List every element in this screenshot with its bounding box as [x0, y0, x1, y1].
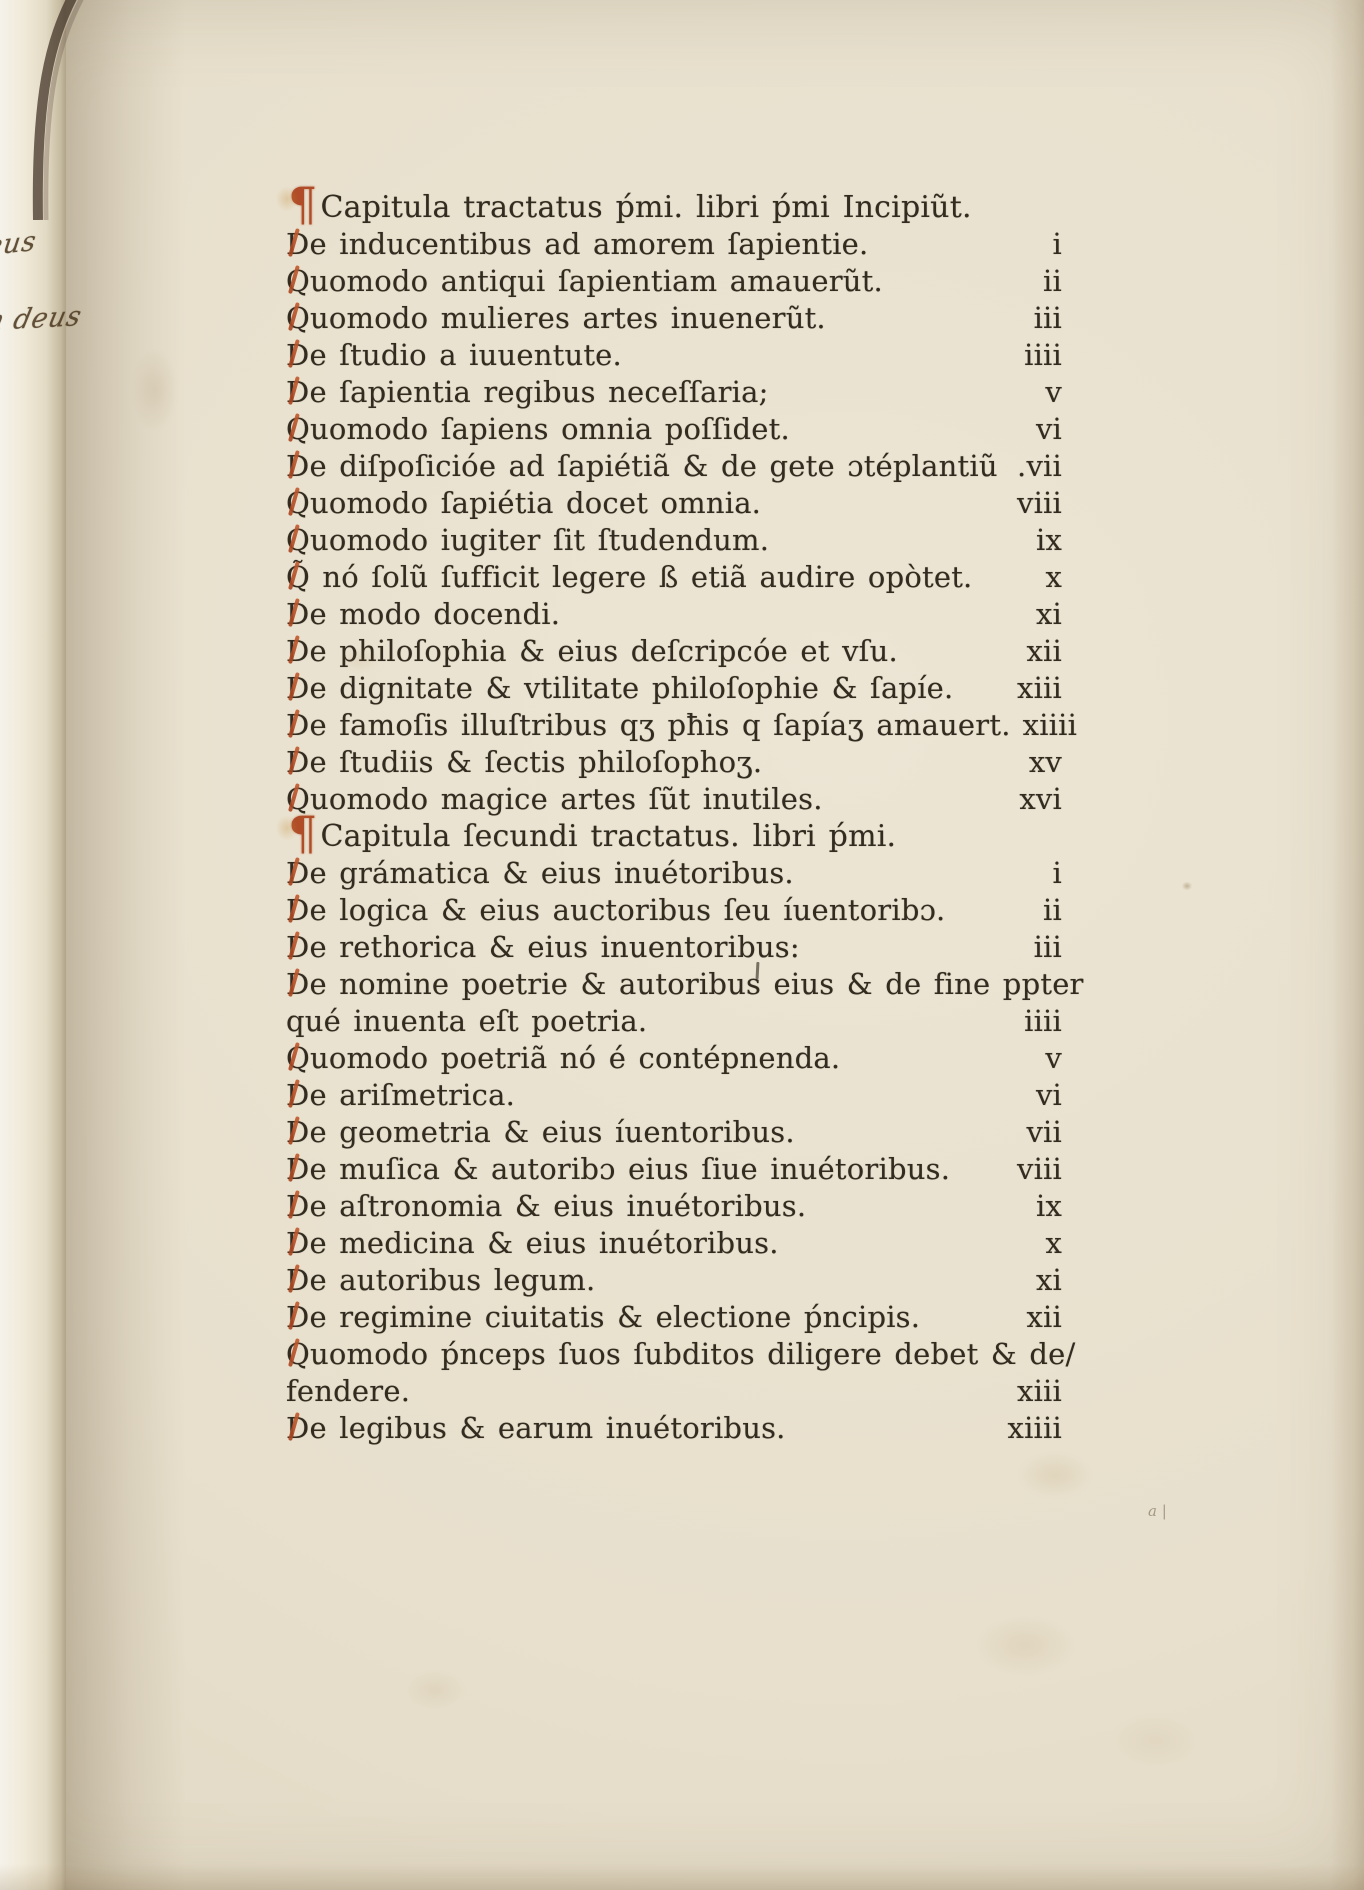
toc-entry-number: xi [1024, 597, 1062, 631]
rubricated-initial: Q [286, 1041, 310, 1075]
toc-entry-number: x [1033, 560, 1062, 594]
rubricated-initial: D [286, 967, 309, 1001]
toc-row: De logica & eius auctoribus ſeu íuentori… [286, 893, 1062, 930]
toc-row: De geometria & eius íuentoribus. vii [286, 1115, 1062, 1152]
toc-entry-number: v [1033, 1041, 1062, 1075]
toc-entry-text: De aſtronomia & eius inuétoribus. [286, 1189, 806, 1223]
toc-row: De medicina & eius inuétoribus. x [286, 1226, 1062, 1263]
rubricated-initial: Q [286, 264, 310, 298]
toc-entry-number: iii [1022, 301, 1062, 335]
rubricated-initial: D [286, 1189, 309, 1223]
toc-row: De famoſis illuſtribus qʒ pħis q ſapíaʒ … [286, 708, 1062, 745]
toc-entry-text: Quomodo ṕnceps ſuos ſubditos diligere de… [286, 1337, 1075, 1371]
rubricated-initial: D [286, 597, 309, 631]
toc-row: Quomodo ſapiens omnia poſſidet. vi [286, 412, 1062, 449]
toc-entry-text: Quomodo antiqui ſapientiam amauerũt. [286, 264, 883, 298]
signature-mark: a | [1148, 1502, 1168, 1516]
toc-entry-number: xii [1014, 1300, 1062, 1334]
toc-entry-number: ii [1031, 893, 1062, 927]
toc-entry-number: vi [1024, 412, 1062, 446]
handwritten-marginalia: deus in deus [0, 220, 107, 341]
toc-entry-text: De grámatica & eius inuétoribus. [286, 856, 794, 890]
toc-row: De rethorica & eius inuentoribus: iii [286, 930, 1062, 967]
rubricated-initial: D [286, 375, 309, 409]
toc-row: Quomodo ṕnceps ſuos ſubditos diligere de… [286, 1337, 1062, 1374]
toc-entry-text: Quomodo mulieres artes inuenerũt. [286, 301, 826, 335]
rubricated-initial: D [286, 338, 309, 372]
rubricated-initial: D [286, 1152, 309, 1186]
toc-entry-number: viii [1005, 486, 1062, 520]
marginalia-line: in deus [0, 300, 97, 338]
binding-arc [0, 0, 140, 220]
toc-row: De ſtudio a iuuentute. iiii [286, 338, 1062, 375]
toc-entry-text: De muſica & autoribɔ eius ſiue inuétorib… [286, 1152, 950, 1186]
toc-section-heading: ¶ Capitula ſecundi tractatus. libri ṕmi. [286, 819, 1062, 856]
toc-row: fendere. xiii [286, 1374, 1062, 1411]
toc-row: De philoſophia & eius deſcripcóe et vſu.… [286, 634, 1062, 671]
toc-entry-number: xiii [1005, 671, 1062, 705]
toc-row: De aſtronomia & eius inuétoribus. ix [286, 1189, 1062, 1226]
toc-entry-number: ii [1031, 264, 1062, 298]
rubricated-initial: D [286, 930, 309, 964]
toc-row: De muſica & autoribɔ eius ſiue inuétorib… [286, 1152, 1062, 1189]
toc-entry-text: De modo docendi. [286, 597, 560, 631]
toc-heading-text: Capitula ſecundi tractatus. libri ṕmi. [320, 819, 896, 854]
toc-entry-number: xiiii [996, 1411, 1062, 1445]
toc-entry-text: fendere. [286, 1374, 410, 1408]
toc-row: De ariſmetrica. vi [286, 1078, 1062, 1115]
toc-entry-text: De diſpoſicióe ad ſapiétiã & de gete ɔté… [286, 449, 998, 483]
toc-row: Quomodo ſapiétia docet omnia. viii [286, 486, 1062, 523]
toc-entry-text: Q̃ nó ſolũ ſufficit legere ß etiã audire… [286, 560, 972, 594]
toc-entry-number: x [1033, 1226, 1062, 1260]
toc-entry-number: ix [1024, 523, 1062, 557]
toc-entry-number: ix [1024, 1189, 1062, 1223]
rubricated-initial: D [286, 745, 309, 779]
toc-row: De nomine poetrie & autoribus eius & de … [286, 967, 1062, 1004]
paper-stain [390, 1660, 480, 1720]
page-edge-bottom [0, 1864, 1364, 1890]
rubricated-initial: D [286, 1300, 309, 1334]
toc-entry-text: De legibus & earum inuétoribus. [286, 1411, 786, 1445]
toc-row: De modo docendi. xi [286, 597, 1062, 634]
toc-entry-text: De ſtudiis & ſectis philoſophoʒ. [286, 745, 762, 779]
rubricated-initial: D [286, 1263, 309, 1297]
toc-entry-number: xvi [1007, 782, 1062, 816]
rubricated-initial: Q [286, 412, 310, 446]
paper-stain [1090, 1700, 1220, 1780]
text-block: ¶ Capitula tractatus ṕmi. libri ṕmi Inci… [286, 190, 1062, 1448]
rubricated-initial: D [286, 634, 309, 668]
toc-entry-text: qué inuenta eſt poetria. [286, 1004, 647, 1038]
toc-entry-text: De regimine ciuitatis & electione ṕncipi… [286, 1300, 920, 1334]
rubricated-initial: Q̃ [286, 560, 310, 594]
rubricated-initial: Q [286, 486, 310, 520]
toc-entry-number: xi [1024, 1263, 1062, 1297]
toc-entry-number: i [1041, 856, 1062, 890]
toc-row: Quomodo mulieres artes inuenerũt. iii [286, 301, 1062, 338]
toc-entry-text: De medicina & eius inuétoribus. [286, 1226, 779, 1260]
toc-entry-text: De nomine poetrie & autoribus eius & de … [286, 967, 1084, 1001]
toc-entry-number: xii [1014, 634, 1062, 668]
page-edge-right [1330, 0, 1364, 1890]
toc-entry-text: De rethorica & eius inuentoribus: [286, 930, 800, 964]
toc-row: De ſapientia regibus neceſſaria; v [286, 375, 1062, 412]
toc-entry-number: xiii [1005, 1374, 1062, 1408]
toc-row: De grámatica & eius inuétoribus. i [286, 856, 1062, 893]
toc-entry-number: xv [1017, 745, 1062, 779]
toc-entry-number: .vii [1005, 449, 1062, 483]
toc-entry-text: De ſapientia regibus neceſſaria; [286, 375, 769, 409]
rubricated-initial: D [286, 708, 309, 742]
toc-entry-text: De dignitate & vtilitate philoſophie & ſ… [286, 671, 953, 705]
toc-heading-text: Capitula tractatus ṕmi. libri ṕmi Incipi… [320, 190, 971, 225]
toc-entry-text: De logica & eius auctoribus ſeu íuentori… [286, 893, 945, 927]
toc-entry-text: Quomodo magice artes ſũt inutiles. [286, 782, 823, 816]
toc-entry-text: De inducentibus ad amorem ſapientie. [286, 227, 868, 261]
toc-entry-text: De ſtudio a iuuentute. [286, 338, 622, 372]
toc-entry-text: De autoribus legum. [286, 1263, 595, 1297]
toc-entry-text: Quomodo poetriã nó é contépnenda. [286, 1041, 840, 1075]
toc-entry-number: iii [1022, 930, 1062, 964]
toc-entry-text: De ariſmetrica. [286, 1078, 515, 1112]
book-page: deus in deus ¶ Capitula tractatus ṕmi. l… [0, 0, 1364, 1890]
toc-row: De diſpoſicióe ad ſapiétiã & de gete ɔté… [286, 449, 1062, 486]
rubricated-initial: D [286, 449, 309, 483]
toc-row: Quomodo magice artes ſũt inutiles. xvi [286, 782, 1062, 819]
toc-row: De legibus & earum inuétoribus. xiiii [286, 1411, 1062, 1448]
toc-row: Quomodo iugiter ſit ſtudendum. ix [286, 523, 1062, 560]
toc-entry-number: xiiii [1011, 708, 1077, 742]
toc-row: Quomodo poetriã nó é contépnenda. v [286, 1041, 1062, 1078]
toc-row: De regimine ciuitatis & electione ṕncipi… [286, 1300, 1062, 1337]
toc-entry-number: viii [1005, 1152, 1062, 1186]
rubricated-initial: Q [286, 301, 310, 335]
toc-entry-text: De famoſis illuſtribus qʒ pħis q ſapíaʒ … [286, 708, 1011, 742]
toc-entry-number: vii [1014, 1115, 1062, 1149]
toc-row: De ſtudiis & ſectis philoſophoʒ. xv [286, 745, 1062, 782]
toc-entry-text: Quomodo ſapiétia docet omnia. [286, 486, 761, 520]
toc-row: De dignitate & vtilitate philoſophie & ſ… [286, 671, 1062, 708]
rubricated-initial: D [286, 1115, 309, 1149]
toc-row: Q̃ nó ſolũ ſufficit legere ß etiã audire… [286, 560, 1062, 597]
rubricated-initial: D [286, 856, 309, 890]
toc-entry-number: v [1033, 375, 1062, 409]
toc-row: qué inuenta eſt poetria. iiii [286, 1004, 1062, 1041]
toc-row: De inducentibus ad amorem ſapientie. i [286, 227, 1062, 264]
rubricated-initial: D [286, 893, 309, 927]
rubricated-initial: D [286, 1078, 309, 1112]
paper-stain [950, 1600, 1100, 1690]
toc-entry-number: iiii [1012, 338, 1062, 372]
rubricated-initial: D [286, 227, 309, 261]
toc-entry-text: De philoſophia & eius deſcripcóe et vſu. [286, 634, 898, 668]
toc-row: Quomodo antiqui ſapientiam amauerũt. ii [286, 264, 1062, 301]
toc-entry-text: Quomodo iugiter ſit ſtudendum. [286, 523, 769, 557]
paper-stain [1000, 1440, 1110, 1510]
rubricated-initial: D [286, 1226, 309, 1260]
rubricated-initial: D [286, 671, 309, 705]
rubricated-initial: D [286, 1411, 309, 1445]
toc-entry-text: Quomodo ſapiens omnia poſſidet. [286, 412, 790, 446]
rubricated-initial: Q [286, 1337, 310, 1371]
toc-entry-number: vi [1024, 1078, 1062, 1112]
toc-section-heading: ¶ Capitula tractatus ṕmi. libri ṕmi Inci… [286, 190, 1062, 227]
toc-entry-number: i [1041, 227, 1062, 261]
paper-stain [1180, 880, 1194, 892]
toc-entry-text: De geometria & eius íuentoribus. [286, 1115, 795, 1149]
book-photo: deus in deus ¶ Capitula tractatus ṕmi. l… [0, 0, 1364, 1890]
rubricated-initial: Q [286, 523, 310, 557]
toc-row: De autoribus legum. xi [286, 1263, 1062, 1300]
toc-entry-number: iiii [1012, 1004, 1062, 1038]
